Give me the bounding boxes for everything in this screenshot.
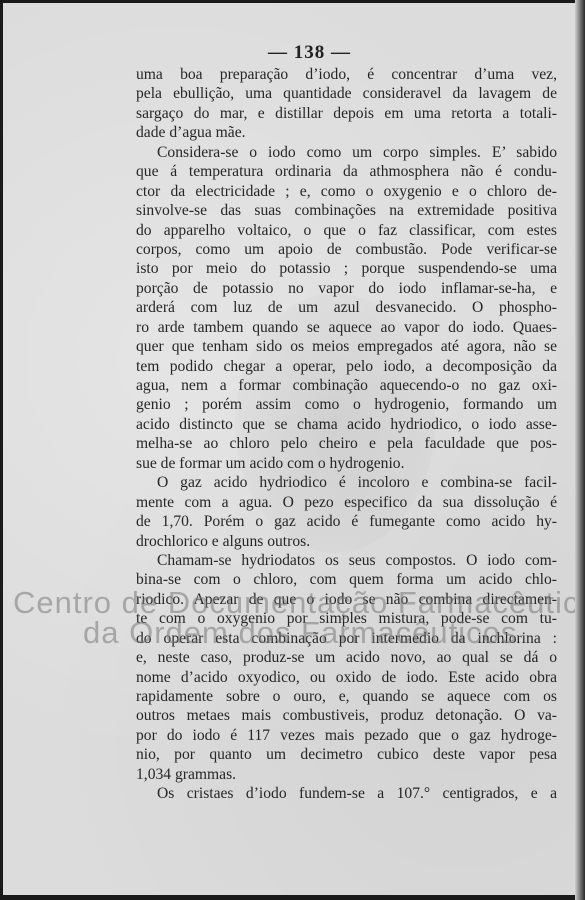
text-line: uma boa preparação d’iodo, é concentrar … bbox=[136, 65, 557, 84]
scanned-page: — 138 — uma boa preparação d’iodo, é con… bbox=[3, 3, 580, 895]
text-line: outros metaes mais combustiveis, produz … bbox=[136, 706, 557, 725]
text-line: nome d’acido oxyodico, ou oxido de iodo.… bbox=[136, 668, 557, 687]
text-line: sargaço do mar, e distillar depois em um… bbox=[136, 104, 557, 123]
text-line: porção de potassio no vapor do iodo infl… bbox=[136, 279, 557, 298]
text-line: que á temperatura ordinaria da athmosphe… bbox=[136, 162, 557, 181]
text-line: tem podido chegar a operar, pelo iodo, a… bbox=[136, 357, 557, 376]
text-line: isto por meio do potassio ; porque suspe… bbox=[136, 259, 557, 278]
text-line: 1,034 grammas. bbox=[136, 765, 557, 784]
text-line: sue de formar um acido com o hydrogenio. bbox=[136, 454, 557, 473]
text-line: quer que tenham sido os meios empregados… bbox=[136, 337, 557, 356]
text-line: pela ebullição, uma quantidade considera… bbox=[136, 84, 557, 103]
text-line: e, neste caso, produz-se um acido novo, … bbox=[136, 648, 557, 667]
text-line: riodico. Apezar de que o iodo se não com… bbox=[136, 590, 557, 609]
text-line: do apparelho voltaico, o que o faz class… bbox=[136, 221, 557, 240]
text-line: sinvolve-se das suas combinações na extr… bbox=[136, 201, 557, 220]
body-text: uma boa preparação d’iodo, é concentrar … bbox=[136, 65, 557, 804]
text-line: por do iodo é 117 vezes mais pezado que … bbox=[136, 726, 557, 745]
text-line: do operar esta combinação por intermedio… bbox=[136, 629, 557, 648]
text-line: genio ; porém assim como o hydrogenio, f… bbox=[136, 395, 557, 414]
text-line: melha-se ao chloro pelo cheiro e pela fa… bbox=[136, 434, 557, 453]
text-line: rapidamente sobre o ouro, e, quando se a… bbox=[136, 687, 557, 706]
text-line: acido distincto que se chama acido hydri… bbox=[136, 415, 557, 434]
page-number: — 138 — bbox=[3, 42, 585, 64]
text-line: Chamam-se hydriodatos os seus compostos.… bbox=[136, 551, 557, 570]
text-line: bina-se com o chloro, com quem forma um … bbox=[136, 570, 557, 589]
text-line: dade d’agua mãe. bbox=[136, 123, 557, 142]
text-line: ro arde tambem quando se aquece ao vapor… bbox=[136, 318, 557, 337]
text-line: ctor da electricidade ; e, como o oxygen… bbox=[136, 182, 557, 201]
text-line: agua, nem a formar combinação aquecendo-… bbox=[136, 376, 557, 395]
text-line: de 1,70. Porém o gaz acido é fumegante c… bbox=[136, 512, 557, 531]
text-line: mente com a agua. O pezo especifico da s… bbox=[136, 493, 557, 512]
text-line: corpos, como um apoio de combustão. Pode… bbox=[136, 240, 557, 259]
text-line: O gaz acido hydriodico é incoloro e comb… bbox=[136, 473, 557, 492]
text-line: te com o oxygenio por simples mistura, p… bbox=[136, 609, 557, 628]
text-line: Considera-se o iodo como um corpo simple… bbox=[136, 143, 557, 162]
text-line: Os cristaes d’iodo fundem-se a 107.° cen… bbox=[136, 784, 557, 803]
text-line: nio, por quanto um decimetro cubico dest… bbox=[136, 745, 557, 764]
text-line: arderá com luz de um azul desvanecido. O… bbox=[136, 298, 557, 317]
text-line: drochlorico e alguns outros. bbox=[136, 532, 557, 551]
page-edge-shadow bbox=[575, 0, 585, 900]
